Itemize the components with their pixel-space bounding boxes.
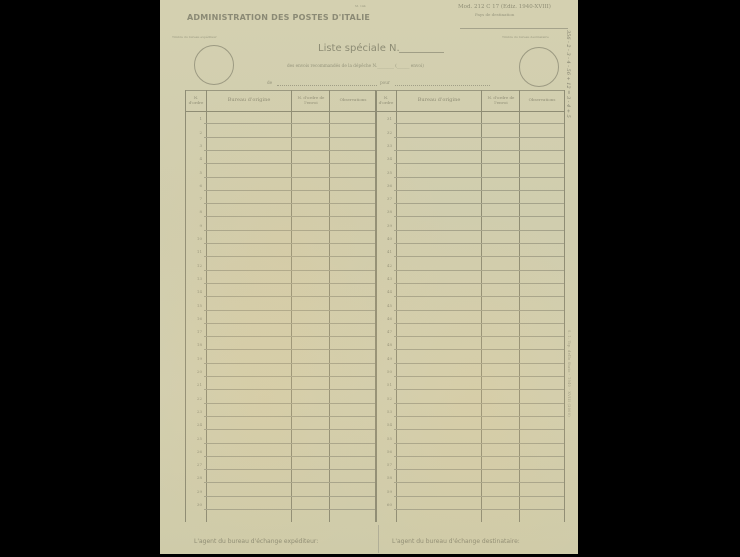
row-number: 28 [188, 475, 202, 480]
table-row: 48 [394, 349, 564, 363]
col-observations: Observations [521, 98, 563, 103]
table-row: 41 [394, 256, 564, 270]
table-row: 2 [204, 137, 376, 151]
table-row: 56 [394, 456, 564, 470]
table-row: 5 [204, 177, 376, 191]
table-row: 10 [204, 243, 376, 257]
table-row: 1 [204, 123, 376, 137]
envois-line: des envois recommandés de la dépêche N._… [287, 63, 424, 68]
destination-line [460, 28, 568, 29]
table-row: 18 [204, 349, 376, 363]
table-row: 38 [394, 216, 564, 230]
col-bureau: Bureau d'origine [398, 98, 480, 103]
table-row: 25 [204, 443, 376, 457]
de-label: de [267, 80, 272, 85]
row-number: 41 [378, 249, 392, 254]
row-number: 14 [188, 289, 202, 294]
table-row: 3 [204, 150, 376, 164]
row-number: 21 [188, 382, 202, 387]
row-number: 35 [378, 170, 392, 175]
table-row: 50 [394, 376, 564, 390]
col-observations: Observations [331, 98, 375, 103]
row-number: 57 [378, 462, 392, 467]
table-row: 34 [394, 163, 564, 177]
row-number: 52 [378, 396, 392, 401]
table-row: 20 [204, 376, 376, 390]
row-number: 16 [188, 316, 202, 321]
row-number: 54 [378, 422, 392, 427]
row-number: 13 [188, 276, 202, 281]
row-number: 19 [188, 356, 202, 361]
right-table: N. d'ordre Bureau d'origine N. d'ordre d… [375, 90, 565, 522]
left-table: N. d'ordre Bureau d'origine N. d'ordre d… [185, 90, 377, 522]
table-row: 46 [394, 323, 564, 337]
table-row: 45 [394, 310, 564, 324]
row-number: 26 [188, 449, 202, 454]
liste-number-line [399, 52, 444, 53]
table-row: 27 [204, 469, 376, 483]
table-row: 54 [394, 429, 564, 443]
row-number: 15 [188, 303, 202, 308]
table-row: 4 [204, 163, 376, 177]
row-number: 6 [188, 183, 202, 188]
table-row: 15 [204, 310, 376, 324]
row-number: 31 [378, 116, 392, 121]
row-number: 47 [378, 329, 392, 334]
table-row: 21 [204, 389, 376, 403]
table-row: 29 [204, 496, 376, 510]
row-number: 24 [188, 422, 202, 427]
row-number: 5 [188, 170, 202, 175]
row-number: 17 [188, 329, 202, 334]
pour-line [395, 85, 490, 86]
table-row: 47 [394, 336, 564, 350]
row-number: 12 [188, 263, 202, 268]
table-row: 13 [204, 283, 376, 297]
row-number: 40 [378, 236, 392, 241]
side-printer-text: S. 1. Tip. dello Stato - 1940 - XVIII (2… [567, 330, 571, 417]
table-row: 12 [204, 270, 376, 284]
table-row: 30 [204, 509, 376, 523]
row-number: 43 [378, 276, 392, 281]
row-number: 39 [378, 223, 392, 228]
row-number: 8 [188, 209, 202, 214]
handwritten-note: 356 - 2 - 3 - 4 - 56 + 12 = 3 - 4 + 5 [565, 30, 571, 118]
table-row: 58 [394, 482, 564, 496]
row-number: 42 [378, 263, 392, 268]
table-row: 24 [204, 429, 376, 443]
signature-divider [378, 525, 379, 553]
row-number: 45 [378, 303, 392, 308]
row-number: 33 [378, 143, 392, 148]
row-number: 20 [188, 369, 202, 374]
row-number: 9 [188, 223, 202, 228]
table-row: 33 [394, 150, 564, 164]
row-number: 4 [188, 156, 202, 161]
right-table-header: N. d'ordre Bureau d'origine N. d'ordre d… [376, 90, 564, 112]
table-row: 40 [394, 243, 564, 257]
left-table-header: N. d'ordre Bureau d'origine N. d'ordre d… [186, 90, 376, 112]
row-number: 49 [378, 356, 392, 361]
row-number: 18 [188, 342, 202, 347]
row-number: 7 [188, 196, 202, 201]
row-number: 34 [378, 156, 392, 161]
table-row: 28 [204, 482, 376, 496]
table-row: 9 [204, 230, 376, 244]
col-numero-envoi: N. d'ordre de l'envoi [293, 96, 329, 105]
row-number: 55 [378, 436, 392, 441]
pour-label: pour [380, 80, 390, 85]
row-number: 37 [378, 196, 392, 201]
row-number: 44 [378, 289, 392, 294]
row-number: 50 [378, 369, 392, 374]
row-number: 58 [378, 475, 392, 480]
row-number: 27 [188, 462, 202, 467]
signature-destinataire: L'agent du bureau d'échange destinataire… [392, 538, 520, 545]
row-number: 23 [188, 409, 202, 414]
table-row: 31 [394, 123, 564, 137]
row-number: 11 [188, 249, 202, 254]
table-row: 52 [394, 403, 564, 417]
col-numero-envoi: N. d'ordre de l'envoi [483, 96, 519, 105]
table-row: 42 [394, 270, 564, 284]
table-row: 16 [204, 323, 376, 337]
header-title: ADMINISTRATION DES POSTES D'ITALIE [187, 13, 370, 22]
table-row: 32 [394, 137, 564, 151]
table-row: 19 [204, 363, 376, 377]
table-row: 6 [204, 190, 376, 204]
model-reference: Mod. 212 C 17 (Ediz. 1940-XVIII) [458, 4, 551, 10]
table-row: 8 [204, 216, 376, 230]
table-row: 26 [204, 456, 376, 470]
row-number: 56 [378, 449, 392, 454]
signature-expediteur: L'agent du bureau d'échange expéditeur: [194, 538, 318, 545]
pays-label: Pays de destination [475, 12, 514, 17]
row-number: 30 [188, 502, 202, 507]
col-numero: N. d'ordre [376, 96, 396, 105]
row-number: 22 [188, 396, 202, 401]
row-number: 60 [378, 502, 392, 507]
table-row: 37 [394, 203, 564, 217]
de-line [277, 85, 377, 86]
top-small-mark: M. 144 [355, 4, 366, 8]
table-row: 17 [204, 336, 376, 350]
stamp-circle-left [194, 45, 234, 85]
row-number: 59 [378, 489, 392, 494]
table-row: 57 [394, 469, 564, 483]
liste-title: Liste spéciale N. [318, 43, 400, 54]
table-row: 59 [394, 496, 564, 510]
row-number: 53 [378, 409, 392, 414]
row-number: 36 [378, 183, 392, 188]
row-number: 51 [378, 382, 392, 387]
timbre-left-label: Timbre du bureau expéditeur [172, 35, 217, 39]
row-number: 25 [188, 436, 202, 441]
table-row: 49 [394, 363, 564, 377]
row-number: 48 [378, 342, 392, 347]
row-number: 32 [378, 130, 392, 135]
table-row: 51 [394, 389, 564, 403]
table-row: 14 [204, 296, 376, 310]
col-numero: N. d'ordre [186, 96, 206, 105]
table-row: 23 [204, 416, 376, 430]
table-row: 53 [394, 416, 564, 430]
timbre-right-label: Timbre du bureau destinataire [502, 35, 549, 39]
row-number: 1 [188, 116, 202, 121]
table-row: 7 [204, 203, 376, 217]
row-number: 3 [188, 143, 202, 148]
table-row: 44 [394, 296, 564, 310]
row-number: 46 [378, 316, 392, 321]
row-number: 38 [378, 209, 392, 214]
row-number: 29 [188, 489, 202, 494]
postal-form-sheet: M. 144 ADMINISTRATION DES POSTES D'ITALI… [160, 0, 578, 554]
table-row: 60 [394, 509, 564, 523]
table-row: 55 [394, 443, 564, 457]
row-number: 10 [188, 236, 202, 241]
table-row: 22 [204, 403, 376, 417]
table-row: 36 [394, 190, 564, 204]
table-row: 11 [204, 256, 376, 270]
col-bureau: Bureau d'origine [208, 98, 290, 103]
row-number: 2 [188, 130, 202, 135]
table-row: 35 [394, 177, 564, 191]
table-row: 39 [394, 230, 564, 244]
stamp-circle-right [519, 47, 559, 87]
table-row: 43 [394, 283, 564, 297]
